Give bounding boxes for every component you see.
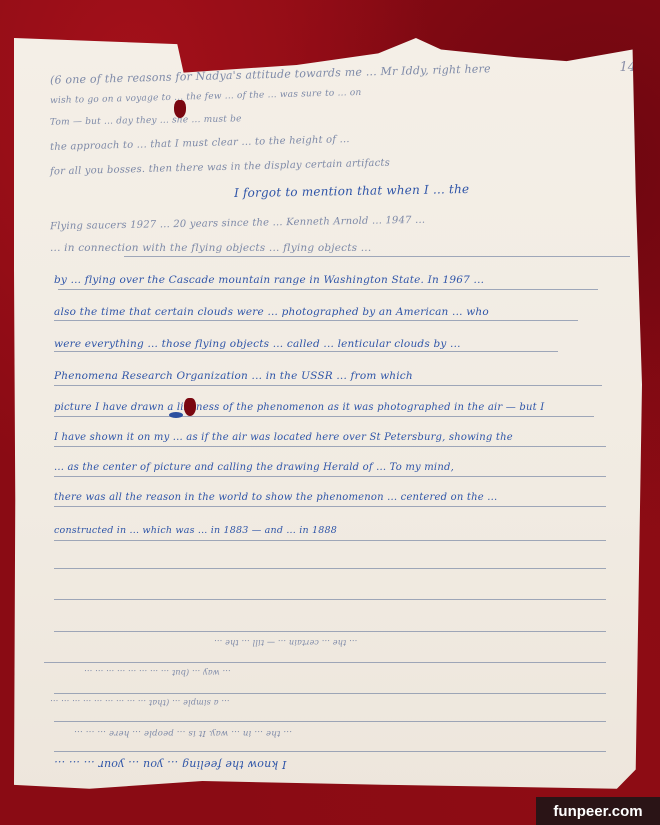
ruled-line — [44, 662, 606, 663]
text-line: picture I have drawn a likeness of the p… — [54, 402, 544, 413]
text-line: the approach to ... that I must clear ..… — [50, 134, 350, 153]
upside-down-text-line: ... the ... in ... way. It is ... people… — [74, 728, 292, 738]
text-line: I forgot to mention that when I ... the — [234, 182, 469, 200]
ruled-line — [54, 540, 606, 541]
ruled-line — [54, 599, 606, 600]
text-line: there was all the reason in the world to… — [54, 492, 497, 503]
text-line: also the time that certain clouds were .… — [54, 306, 489, 318]
text-line: I have shown it on my ... as if the air … — [54, 432, 513, 443]
ruled-line — [54, 721, 606, 722]
text-line: for all you bosses. then there was in th… — [50, 158, 390, 178]
text-line: by ... flying over the Cascade mountain … — [54, 274, 484, 286]
ruled-line — [54, 385, 602, 386]
red-stain — [174, 100, 186, 118]
ruled-line — [54, 568, 606, 569]
letter-paper: 14 (6 one of the reasons for Nadya's att… — [14, 38, 642, 808]
text-line: were everything ... those flying objects… — [54, 338, 461, 350]
ruled-line — [54, 351, 558, 352]
ruled-line — [54, 506, 606, 507]
ruled-line — [54, 476, 606, 477]
text-line: Tom — but ... day they ... she ... must … — [50, 114, 242, 127]
ruled-line — [54, 416, 594, 417]
page-number: 14 — [619, 60, 636, 75]
text-line: ... as the center of picture and calling… — [54, 462, 454, 473]
text-line: (6 one of the reasons for Nadya's attitu… — [50, 62, 491, 87]
watermark: funpeer.com — [536, 797, 660, 825]
ruled-line — [54, 693, 606, 694]
ruled-line — [54, 320, 578, 321]
ruled-line — [54, 631, 606, 632]
ruled-line — [54, 446, 606, 447]
upside-down-text-line: I know the feeling ... you ... your ... … — [54, 758, 286, 771]
ruled-line — [58, 289, 598, 290]
upside-down-text-line: ... way ... (but ... ... ... ... ... ...… — [84, 668, 231, 677]
ruled-line — [54, 751, 606, 752]
ruled-line — [124, 256, 630, 257]
upside-down-text-line: ... the ... certain ... — till ... the .… — [214, 638, 357, 647]
text-line: wish to go on a voyage to ... the few ..… — [50, 88, 362, 106]
red-stain — [184, 398, 196, 416]
blue-ink-blot — [169, 412, 183, 418]
text-line: constructed in ... which was ... in 1883… — [54, 525, 337, 536]
text-line: ... in connection with the flying object… — [50, 242, 371, 254]
text-line: Flying saucers 1927 ... 20 years since t… — [50, 215, 425, 233]
text-line: Phenomena Research Organization ... in t… — [54, 370, 413, 382]
upside-down-text-line: ... a simple ... (that ... ... ... ... .… — [50, 698, 229, 707]
